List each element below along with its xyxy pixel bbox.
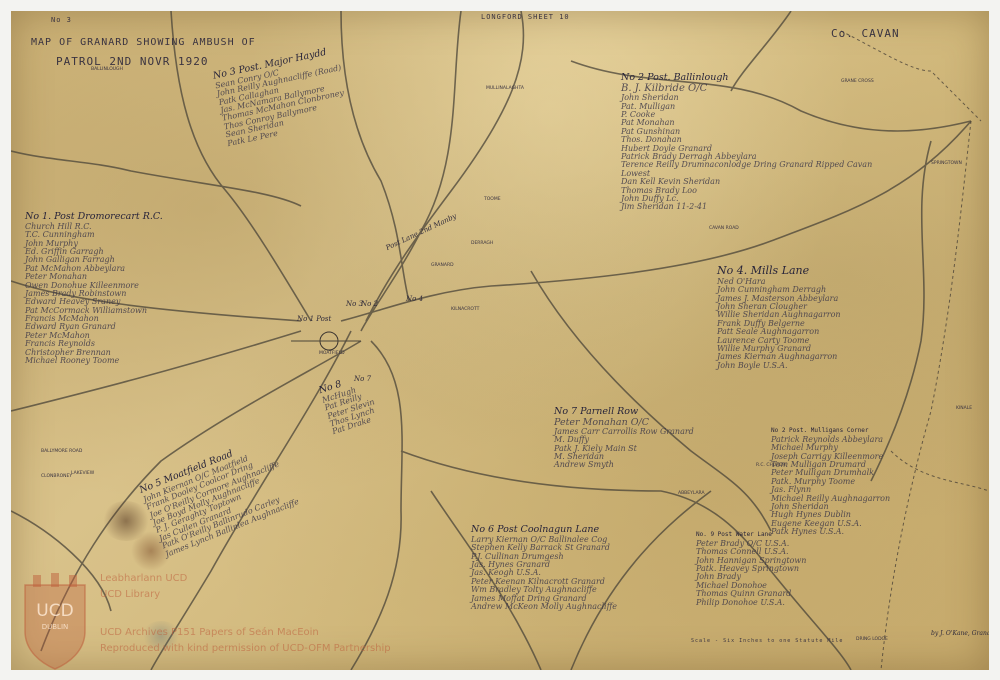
place-label: Kinale xyxy=(956,406,972,411)
place-label: Grane Cross xyxy=(841,79,874,84)
svg-text:DUBLIN: DUBLIN xyxy=(42,623,69,631)
place-label: Toome xyxy=(484,197,501,202)
sheet-label: LONGFORD SHEET 10 xyxy=(481,13,570,21)
place-label: Moatfield xyxy=(319,351,345,356)
place-label: Dring Lodge xyxy=(856,637,888,642)
place-label: Ballymore Road xyxy=(41,449,82,454)
map-title-line1: MAP OF GRANARD SHOWING AMBUSH OF xyxy=(31,37,256,48)
svg-text:UCD: UCD xyxy=(36,601,73,621)
place-label: Derragh xyxy=(471,241,493,246)
county-label: Co. CAVAN xyxy=(831,27,900,40)
marker-no2: No 2 xyxy=(361,301,378,308)
marker-no1-post: No 1 Post xyxy=(297,316,331,323)
place-label: Ballinlough xyxy=(91,67,123,72)
place-label: Springtown xyxy=(931,161,962,166)
scale-note: Scale - Six Inches to one Statute Mile xyxy=(691,638,843,644)
place-label: Abbeylara xyxy=(678,491,705,496)
post-block-water-lane: No. 9 Post Water Lane Peter Brady O/C U.… xyxy=(696,523,806,607)
place-label: Mullinalaghta xyxy=(486,86,524,91)
post-block-mulligans-corner: No 2 Post. Mulligans Corner Patrick Reyn… xyxy=(771,419,890,536)
watermark-permission-credit: Reproduced with kind permission of UCD-O… xyxy=(100,643,391,654)
watermark-library-english: UCD Library xyxy=(100,589,160,600)
post-block-no6-coolnagun-lane: No 6 Post Coolnagun Lane Larry Kiernan O… xyxy=(471,519,617,611)
post-block-no7-parnell-row: No 7 Parnell Row Peter Monahan O/CJames … xyxy=(554,401,694,470)
place-label: Lakeview xyxy=(71,471,94,476)
ucd-crest-logo: UCD DUBLIN xyxy=(21,571,89,670)
signature: by J. O'Kane, Granard xyxy=(931,631,989,637)
place-label: R.C. Church xyxy=(756,463,786,468)
map-sheet: MAP OF GRANARD SHOWING AMBUSH OF PATROL … xyxy=(11,11,989,670)
place-label: Clonbroney xyxy=(41,474,72,479)
map-title-line2: PATROL 2ND NOVR 1920 xyxy=(56,55,208,68)
marker-no3: No 3 xyxy=(346,301,363,308)
post-block-no1: No 1. Post Dromorecart R.C. Church Hill … xyxy=(25,206,163,365)
watermark-library-irish: Leabharlann UCD xyxy=(100,573,187,584)
marker-no4: No 4 xyxy=(406,296,423,303)
post-block-no2-ballinlough: No 2 Post. Ballinlough B. J. Kilbride O/… xyxy=(621,67,872,212)
place-label: Kilnacrott xyxy=(451,307,479,312)
folio-mark: No 3 xyxy=(51,16,72,24)
post-block-no4-mills-lane: No 4. Mills Lane Ned O'HaraJohn Cunningh… xyxy=(717,261,841,370)
place-label: Cavan Road xyxy=(709,226,739,231)
watermark-archive-credit: UCD Archives P151 Papers of Seán MacEoin xyxy=(100,627,319,638)
marker-no7: No 7 xyxy=(354,376,371,383)
place-label: Granard xyxy=(431,263,454,268)
